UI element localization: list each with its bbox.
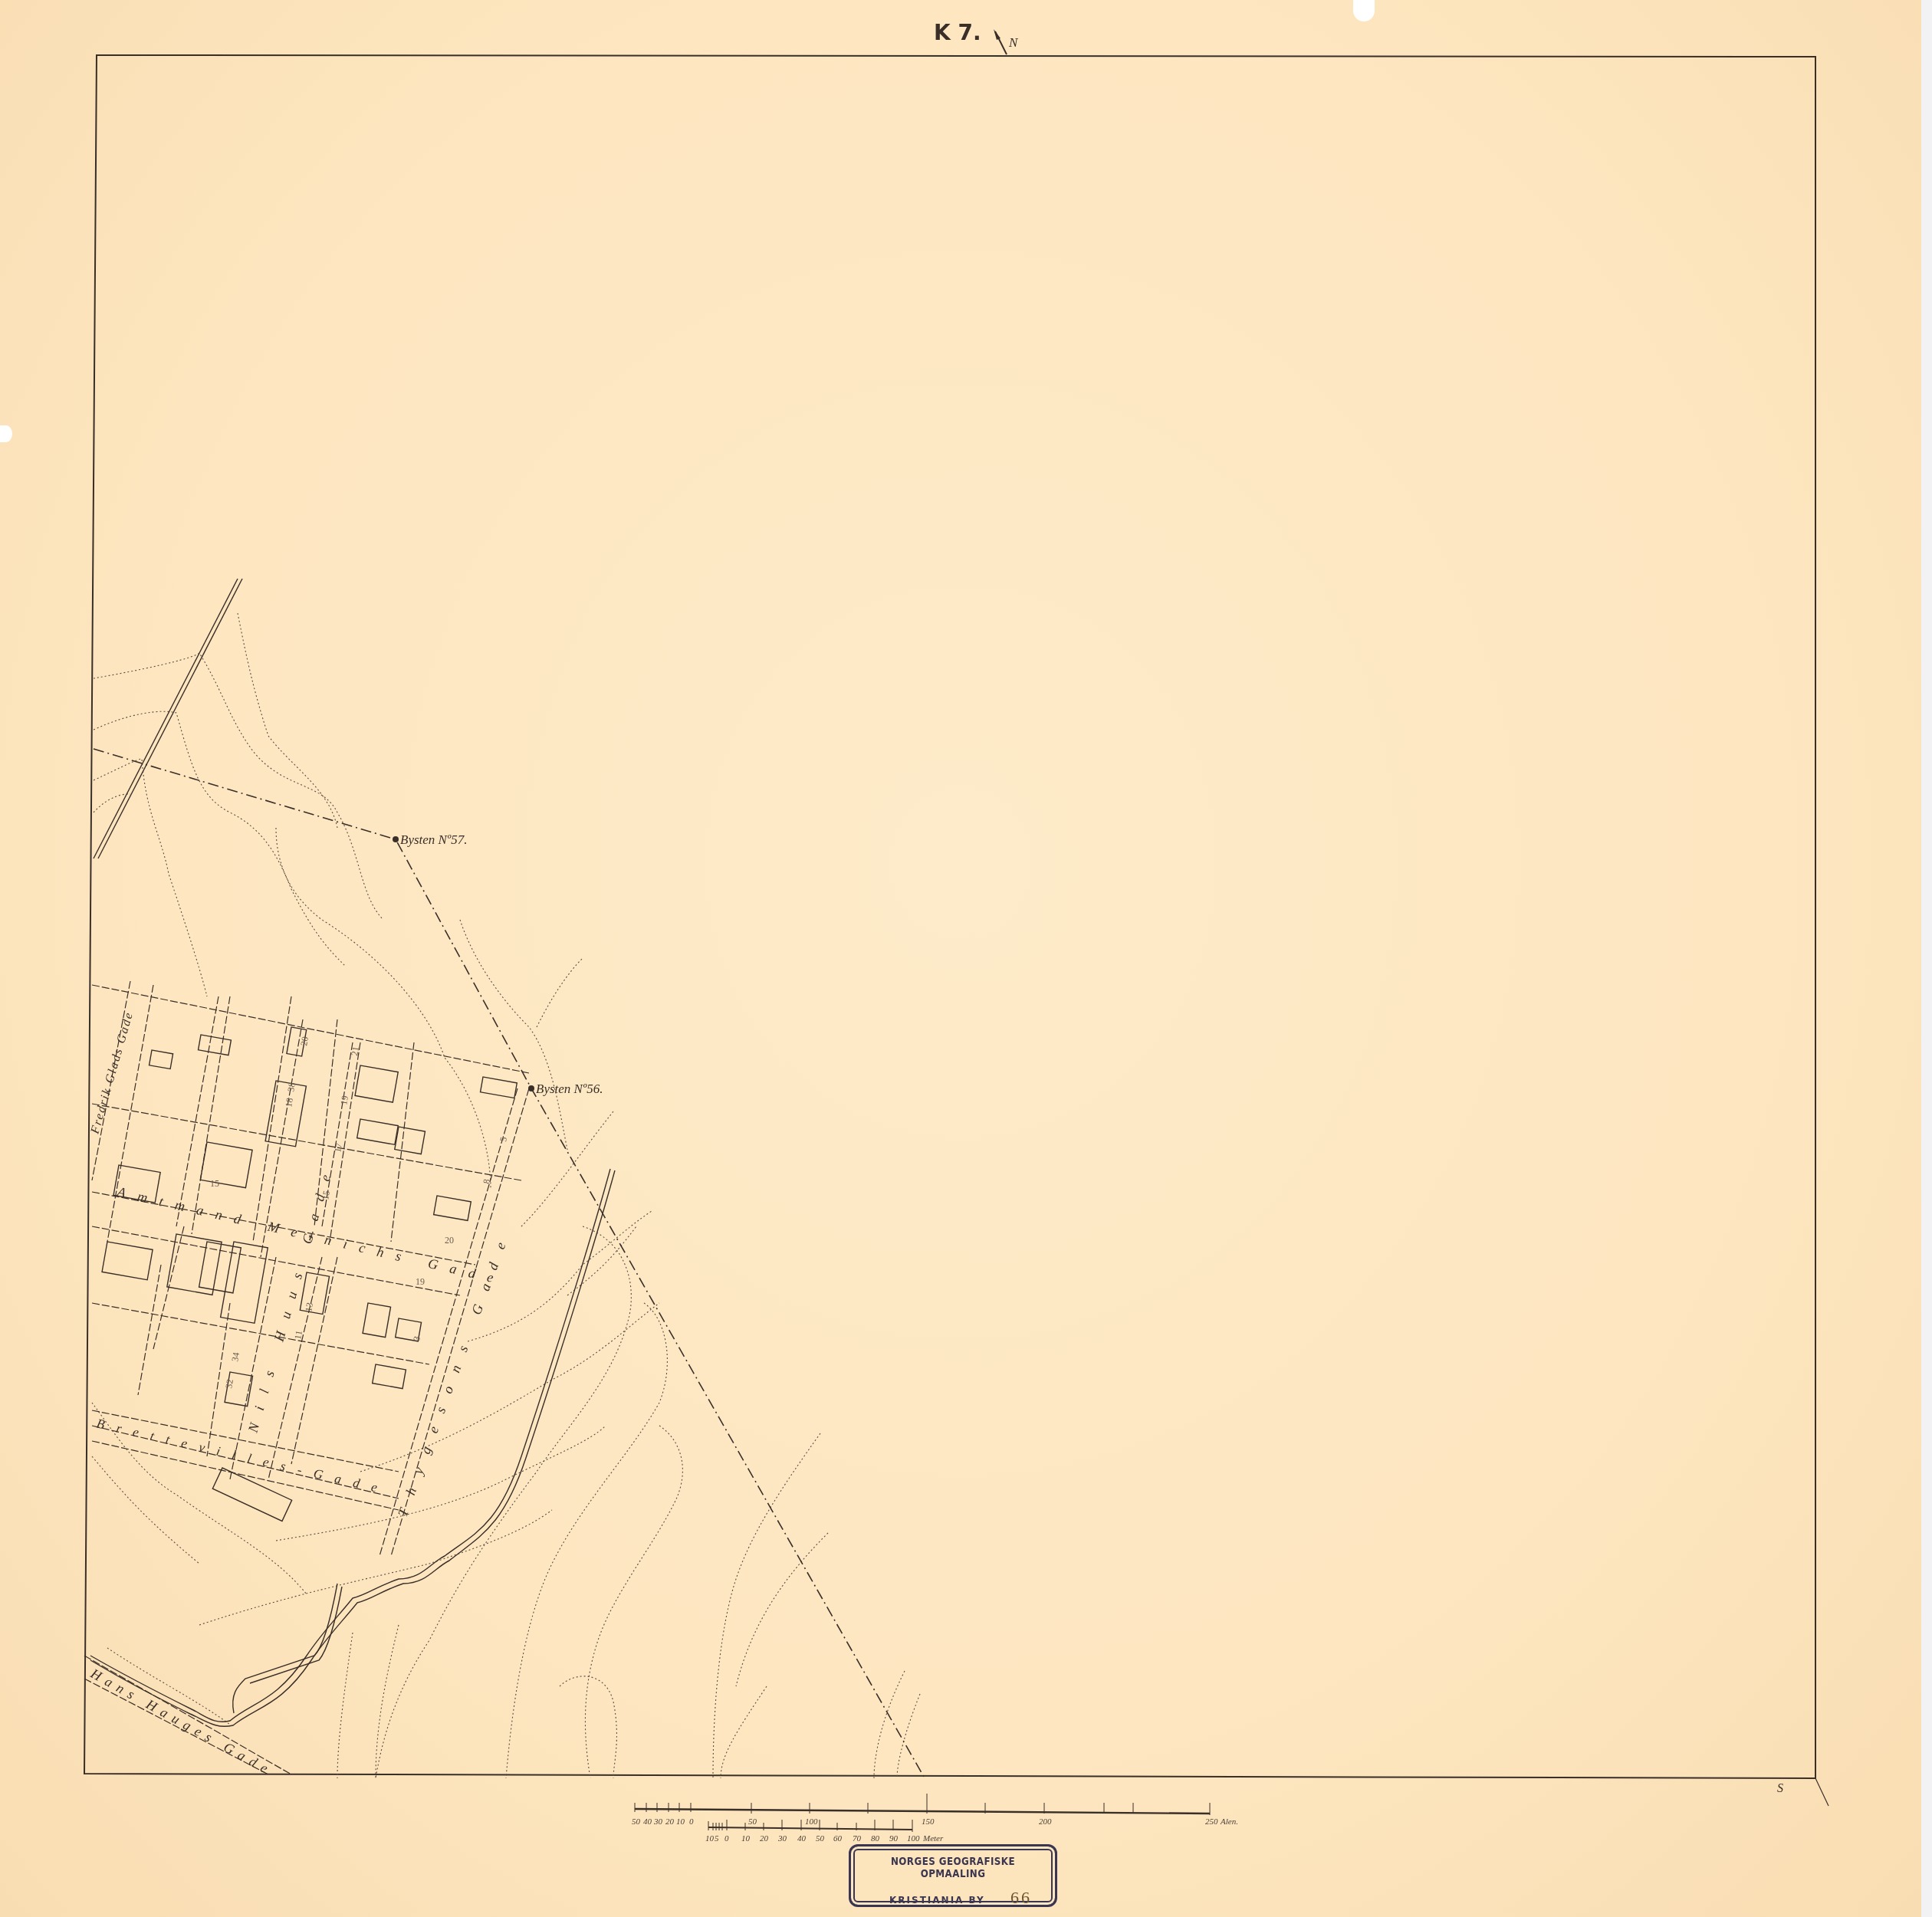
svg-text:90: 90 xyxy=(889,1834,899,1843)
svg-text:0: 0 xyxy=(689,1817,694,1827)
survey-point-57-label: Bysten Nº57. xyxy=(400,832,467,847)
svg-text:0: 0 xyxy=(724,1834,729,1843)
street-hans-hauges-gade: Hans Hauges Gade xyxy=(87,1666,276,1779)
svg-text:Alen.: Alen. xyxy=(1220,1817,1238,1827)
stamp-subtitle: KRISTIANIA BY xyxy=(889,1895,985,1906)
svg-text:50: 50 xyxy=(748,1817,757,1827)
svg-text:5: 5 xyxy=(715,1834,719,1843)
street-fredrik-glads-gade: Fredrik Glads Gade xyxy=(88,1010,136,1136)
svg-text:10: 10 xyxy=(741,1834,751,1843)
svg-text:40: 40 xyxy=(797,1834,807,1843)
archive-stamp: NORGES GEOGRAFISKE OPMAALING KRISTIANIA … xyxy=(849,1844,1057,1907)
svg-text:20: 20 xyxy=(760,1834,769,1843)
svg-text:5: 5 xyxy=(498,1136,509,1142)
svg-text:70: 70 xyxy=(853,1834,862,1843)
svg-text:40: 40 xyxy=(643,1817,652,1827)
svg-text:11: 11 xyxy=(292,1330,304,1341)
svg-text:200: 200 xyxy=(1039,1817,1052,1827)
svg-text:3: 3 xyxy=(411,1335,422,1341)
corner-mark: S xyxy=(1777,1782,1783,1795)
scale-bar-meter-labels: 10 5 0 10 20 30 40 50 60 70 80 90 100 Me… xyxy=(705,1834,944,1843)
svg-text:100: 100 xyxy=(907,1834,920,1843)
svg-text:30: 30 xyxy=(653,1817,663,1827)
svg-text:20: 20 xyxy=(665,1817,675,1827)
stamp-number: 66 xyxy=(1010,1888,1032,1908)
map-drawing: S xyxy=(0,0,1932,1917)
svg-text:32: 32 xyxy=(223,1378,235,1389)
svg-text:50: 50 xyxy=(632,1817,641,1827)
street-brettevilles-gade: Brettevilles-Gade xyxy=(95,1416,391,1498)
svg-text:80: 80 xyxy=(871,1834,880,1843)
svg-text:10: 10 xyxy=(676,1817,685,1827)
survey-point-57-marker xyxy=(393,836,399,842)
svg-text:17: 17 xyxy=(332,1142,344,1153)
svg-text:21: 21 xyxy=(349,1045,361,1056)
svg-text:60: 60 xyxy=(833,1834,843,1843)
north-arrow-icon xyxy=(994,29,1007,54)
svg-text:100: 100 xyxy=(805,1817,818,1827)
svg-text:34: 34 xyxy=(229,1351,242,1362)
svg-text:19: 19 xyxy=(416,1276,425,1287)
svg-text:20: 20 xyxy=(445,1235,454,1246)
stamp-title: NORGES GEOGRAFISKE OPMAALING xyxy=(866,1856,1040,1880)
svg-text:20: 20 xyxy=(298,1036,310,1046)
svg-text:38: 38 xyxy=(285,1082,297,1092)
svg-text:10: 10 xyxy=(705,1834,715,1843)
svg-text:13: 13 xyxy=(303,1302,315,1312)
survey-point-56-label: Bysten Nº56. xyxy=(536,1082,603,1096)
contour-lines xyxy=(92,613,920,1778)
svg-text:50: 50 xyxy=(816,1834,825,1843)
survey-point-56-marker xyxy=(528,1085,534,1091)
scale-bar-alen xyxy=(635,1794,1210,1815)
svg-text:19: 19 xyxy=(338,1095,350,1105)
svg-text:Meter: Meter xyxy=(922,1834,944,1843)
svg-text:18: 18 xyxy=(283,1097,295,1108)
svg-text:250: 250 xyxy=(1205,1817,1218,1827)
svg-text:30: 30 xyxy=(777,1834,787,1843)
svg-text:15: 15 xyxy=(320,1190,332,1200)
railway-lines xyxy=(90,579,615,1726)
scale-bar-alen-labels: 50 40 30 20 10 0 50 100 100 150 200 250 … xyxy=(632,1817,1238,1827)
svg-text:150: 150 xyxy=(922,1817,935,1827)
map-frame xyxy=(84,55,1829,1806)
